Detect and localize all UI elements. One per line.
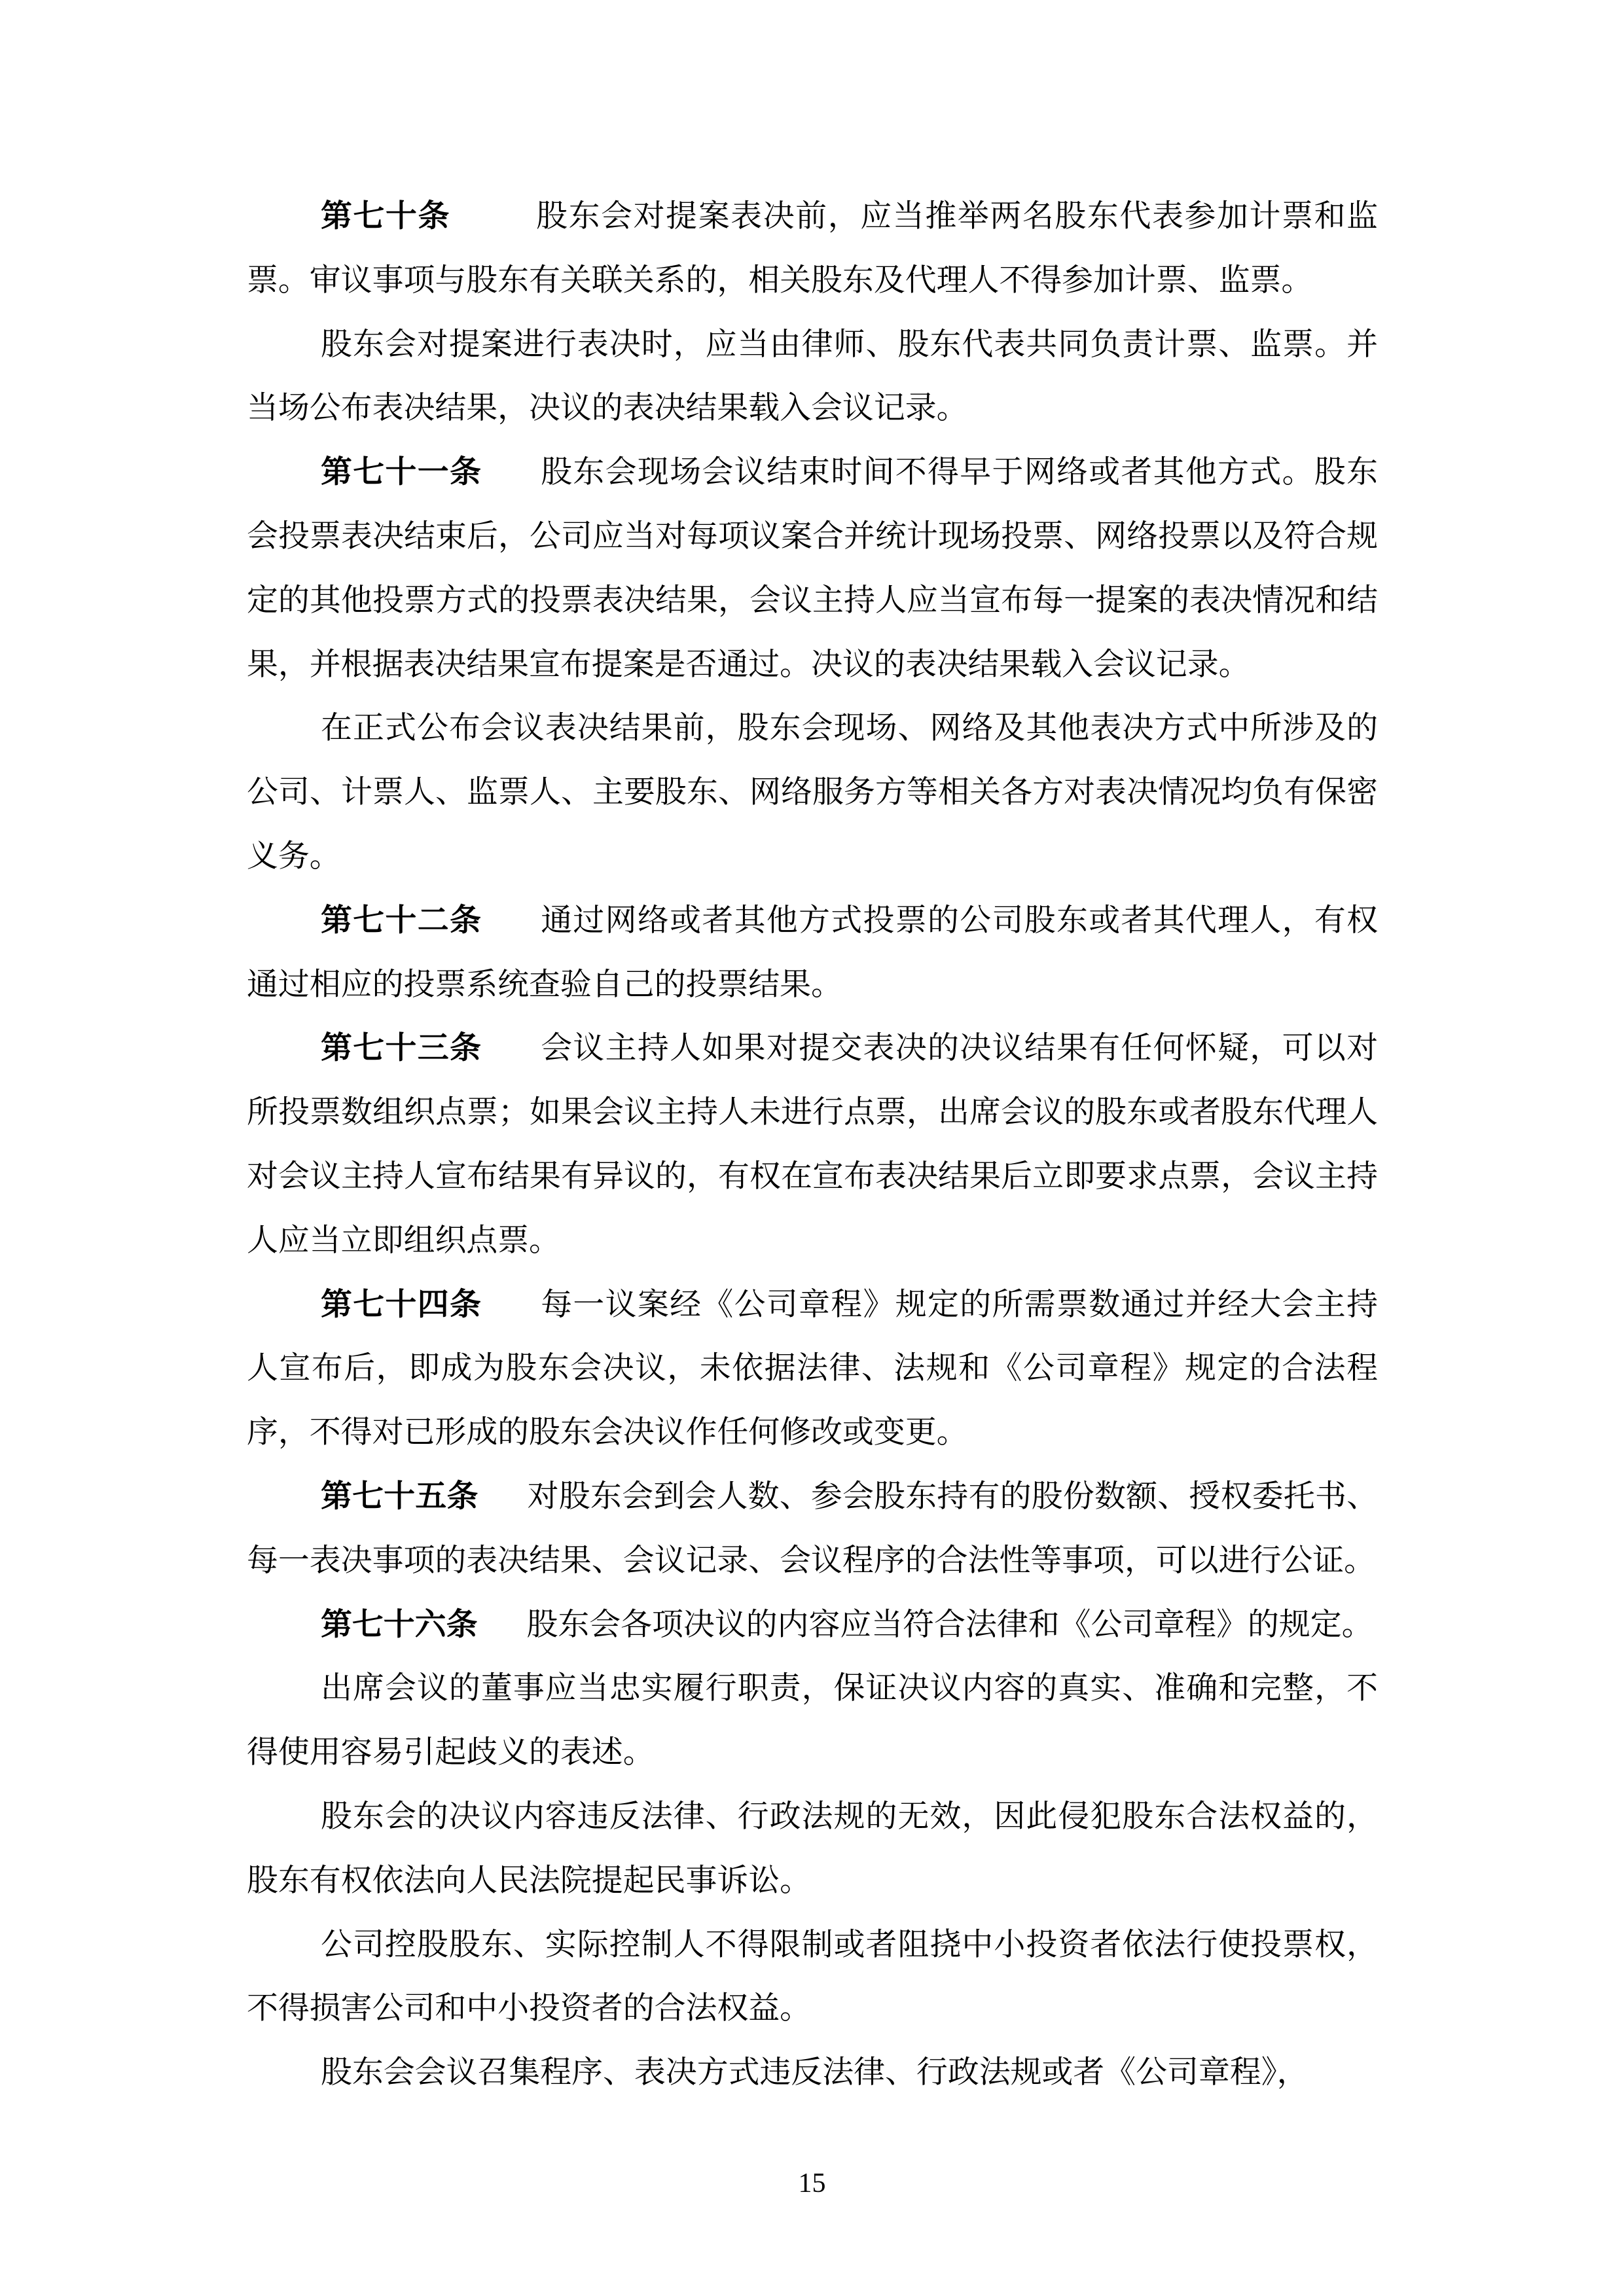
article-number: 第七十四条 — [321, 1287, 482, 1322]
page-number: 15 — [799, 2168, 826, 2198]
body-paragraph: 股东会会议召集程序、表决方式违反法律、行政法规或者《公司章程》， — [247, 2041, 1378, 2105]
paragraph-text: 股东会各项决议的内容应当符合法律和《公司章程》的规定。 — [526, 1607, 1373, 1642]
body-paragraph: 在正式公布会议表决结果前，股东会现场、网络及其他表决方式中所涉及的公司、计票人、… — [247, 696, 1378, 888]
document-body: 第七十条股东会对提案表决前，应当推举两名股东代表参加计票和监票。审议事项与股东有… — [247, 185, 1378, 2105]
paragraph-text: 公司控股股东、实际控制人不得限制或者阻挠中小投资者依法行使投票权，不得损害公司和… — [247, 1928, 1378, 2026]
body-paragraph: 股东会的决议内容违反法律、行政法规的无效，因此侵犯股东合法权益的，股东有权依法向… — [247, 1785, 1378, 1913]
body-paragraph: 股东会对提案进行表决时，应当由律师、股东代表共同负责计票、监票。并当场公布表决结… — [247, 313, 1378, 441]
article-number: 第七十一条 — [321, 455, 482, 490]
article-paragraph: 第七十条股东会对提案表决前，应当推举两名股东代表参加计票和监票。审议事项与股东有… — [247, 185, 1378, 313]
paragraph-text: 在正式公布会议表决结果前，股东会现场、网络及其他表决方式中所涉及的公司、计票人、… — [247, 711, 1378, 874]
article-paragraph: 第七十六条股东会各项决议的内容应当符合法律和《公司章程》的规定。 — [247, 1593, 1378, 1657]
article-number: 第七十六条 — [321, 1607, 477, 1642]
body-paragraph: 公司控股股东、实际控制人不得限制或者阻挠中小投资者依法行使投票权，不得损害公司和… — [247, 1913, 1378, 2041]
article-paragraph: 第七十一条股东会现场会议结束时间不得早于网络或者其他方式。股东会投票表决结束后，… — [247, 440, 1378, 696]
paragraph-text: 股东会的决议内容违反法律、行政法规的无效，因此侵犯股东合法权益的，股东有权依法向… — [247, 1799, 1378, 1898]
article-paragraph: 第七十五条对股东会到会人数、参会股东持有的股份数额、授权委托书、每一表决事项的表… — [247, 1465, 1378, 1593]
article-paragraph: 第七十四条每一议案经《公司章程》规定的所需票数通过并经大会主持人宣布后，即成为股… — [247, 1273, 1378, 1465]
article-number: 第七十条 — [321, 199, 450, 234]
paragraph-text: 股东会会议召集程序、表决方式违反法律、行政法规或者《公司章程》， — [321, 2055, 1308, 2090]
article-number: 第七十三条 — [321, 1031, 482, 1066]
article-paragraph: 第七十二条通过网络或者其他方式投票的公司股东或者其代理人，有权通过相应的投票系统… — [247, 889, 1378, 1017]
document-page: 第七十条股东会对提案表决前，应当推举两名股东代表参加计票和监票。审议事项与股东有… — [0, 0, 1624, 2296]
article-paragraph: 第七十三条会议主持人如果对提交表决的决议结果有任何怀疑，可以对所投票数组织点票；… — [247, 1016, 1378, 1272]
paragraph-text: 出席会议的董事应当忠实履行职责，保证决议内容的真实、准确和完整，不得使用容易引起… — [247, 1671, 1378, 1770]
article-number: 第七十二条 — [321, 903, 482, 938]
page-footer: 15 — [0, 2168, 1624, 2199]
paragraph-text: 股东会对提案进行表决时，应当由律师、股东代表共同负责计票、监票。并当场公布表决结… — [247, 327, 1378, 426]
body-paragraph: 出席会议的董事应当忠实履行职责，保证决议内容的真实、准确和完整，不得使用容易引起… — [247, 1657, 1378, 1785]
article-number: 第七十五条 — [321, 1479, 478, 1514]
